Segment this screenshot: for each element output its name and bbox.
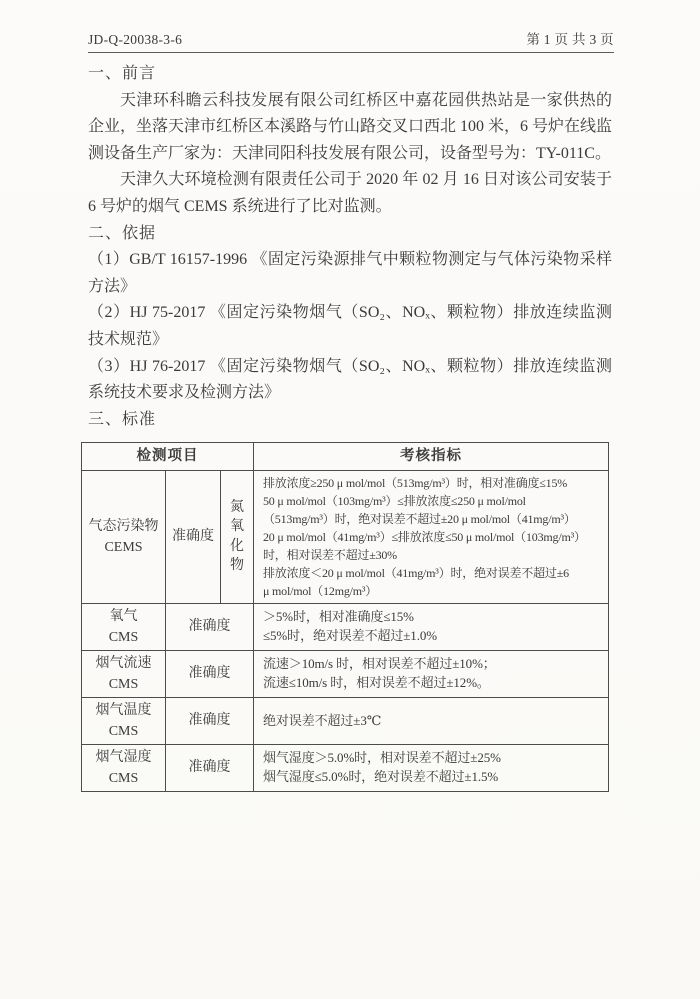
table-row: 烟气湿度 CMS 准确度 烟气湿度＞5.0%时，相对误差不超过±25% 烟气湿度… [82,744,609,791]
mode-cell: 准确度 [166,603,254,650]
item-cell: 烟气温度 CMS [82,697,166,744]
reference-item-3: （3）HJ 76-2017 《固定污染物烟气（SO₂、NOₓ、颗粒物）排放连续监… [88,354,612,407]
table-header-row: 检测项目 考核指标 [82,443,609,471]
indicator-cell: 排放浓度≥250 μ mol/mol（513mg/m³）时，相对准确度≤15% … [254,470,609,603]
section-heading-foreword: 一、前言 [88,61,612,88]
item-cell: 烟气湿度 CMS [82,744,166,791]
mode-cell: 准确度 [166,470,221,603]
mode-cell: 准确度 [166,744,254,791]
indicator-cell: 绝对误差不超过±3℃ [254,697,609,744]
item-cell: 气态污染物 CEMS [82,470,166,603]
mode-cell: 准确度 [166,650,254,697]
table-row: 烟气温度 CMS 准确度 绝对误差不超过±3℃ [82,697,609,744]
document-page: JD-Q-20038-3-6 第 1 页 共 3 页 一、前言 天津环科瞻云科技… [0,0,700,999]
document-body: 一、前言 天津环科瞻云科技发展有限公司红桥区中嘉花园供热站是一家供热的企业，坐落… [88,61,612,792]
reference-item-2: （2）HJ 75-2017 《固定污染物烟气（SO₂、NOₓ、颗粒物）排放连续监… [88,300,612,353]
pollutant-cell: 氮氧化物 [221,470,254,603]
standards-table: 检测项目 考核指标 气态污染物 CEMS 准确度 氮氧化物 排放浓度≥250 μ… [81,442,609,792]
table-row: 烟气流速 CMS 准确度 流速＞10m/s 时，相对误差不超过±10%； 流速≤… [82,650,609,697]
table-row: 氧气 CMS 准确度 ＞5%时，相对准确度≤15% ≤5%时，绝对误差不超过±1… [82,603,609,650]
page-header: JD-Q-20038-3-6 第 1 页 共 3 页 [88,28,614,53]
indicator-cell: 烟气湿度＞5.0%时，相对误差不超过±25% 烟气湿度≤5.0%时，绝对误差不超… [254,744,609,791]
item-cell: 氧气 CMS [82,603,166,650]
section-heading-basis: 二、依据 [88,221,612,248]
mode-cell: 准确度 [166,697,254,744]
doc-number: JD-Q-20038-3-6 [88,32,182,48]
table-row: 气态污染物 CEMS 准确度 氮氧化物 排放浓度≥250 μ mol/mol（5… [82,470,609,603]
indicator-cell: 流速＞10m/s 时，相对误差不超过±10%； 流速≤10m/s 时，相对误差不… [254,650,609,697]
indicator-cell: ＞5%时，相对准确度≤15% ≤5%时，绝对误差不超过±1.0% [254,603,609,650]
foreword-paragraph-2: 天津久大环境检测有限责任公司于 2020 年 02 月 16 日对该公司安装于 … [88,167,612,220]
foreword-paragraph-1: 天津环科瞻云科技发展有限公司红桥区中嘉花园供热站是一家供热的企业，坐落天津市红桥… [88,88,612,168]
column-header-indicator: 考核指标 [254,443,609,471]
item-cell: 烟气流速 CMS [82,650,166,697]
column-header-item: 检测项目 [82,443,254,471]
page-indicator: 第 1 页 共 3 页 [526,28,614,48]
reference-item-1: （1）GB/T 16157-1996 《固定污染源排气中颗粒物测定与气体污染物采… [88,247,612,300]
section-heading-standard: 三、标准 [88,407,612,434]
